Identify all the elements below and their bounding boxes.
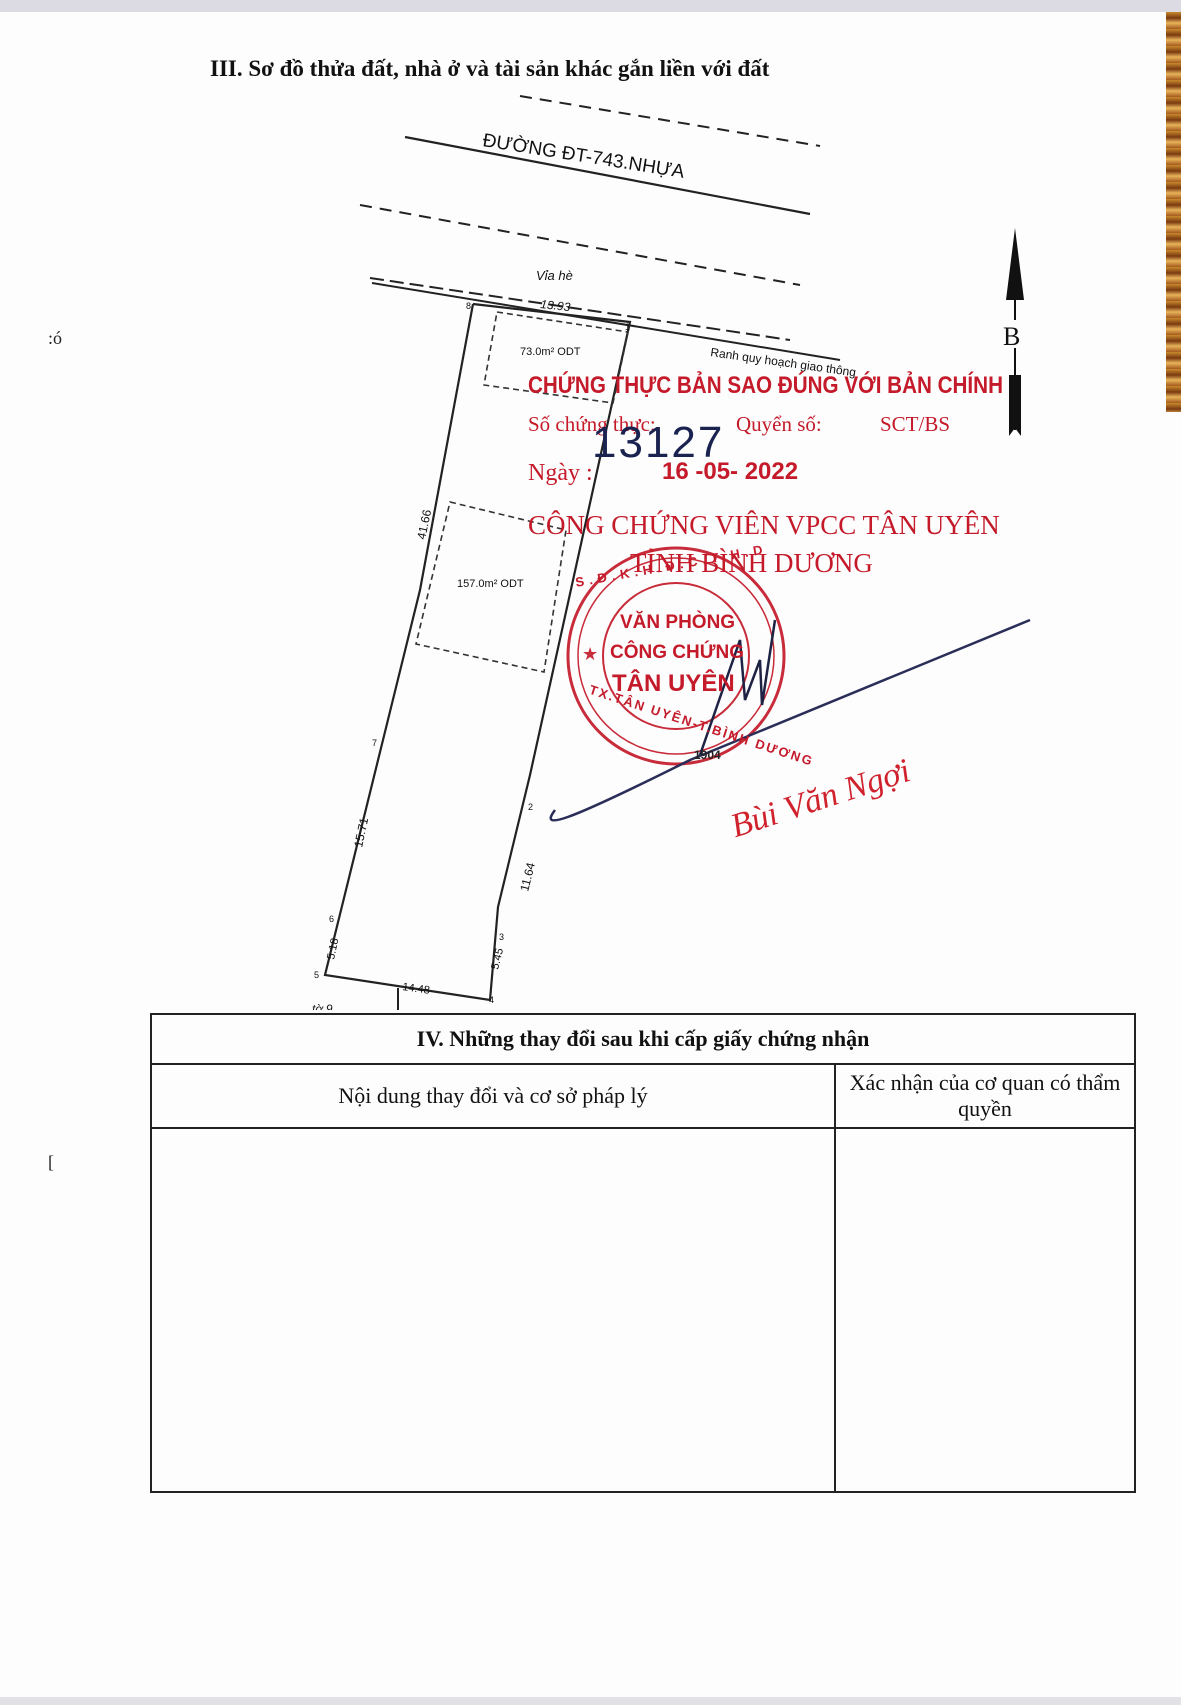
land-parcel-sketch: ĐƯỜNG ĐT-743.NHỰA Vỉa hè 13.93 Ranh quy … [0, 0, 1181, 1010]
stamp-book-label: Quyển số: [736, 412, 822, 437]
sidewalk-label: Vỉa hè [536, 268, 573, 283]
svg-text:8: 8 [466, 301, 471, 311]
svg-text:★: ★ [582, 644, 598, 664]
seal-code: 1904 [694, 748, 721, 762]
stamp-notary-line1: CÔNG CHỨNG VIÊN VPCC TÂN UYÊN [528, 510, 1000, 541]
left-bottom-length: 5.18 [325, 937, 341, 960]
stamp-date-value: 16 -05- 2022 [662, 458, 798, 486]
margin-mark-mid: [ [48, 1152, 54, 1173]
confirmation-cell [835, 1128, 1135, 1492]
stamp-notary-line2: TỈNH BÌNH DƯƠNG [630, 548, 873, 579]
north-arrow-label: B [1003, 322, 1020, 351]
seal-line-1: VĂN PHÒNG [620, 612, 735, 634]
stamp-date-label: Ngày : [528, 460, 593, 487]
svg-text:1: 1 [625, 322, 630, 332]
left-lower-length: 15.71 [351, 816, 371, 849]
area-main-label: 157.0m² ODT [457, 578, 524, 590]
seal-line-2: CÔNG CHỨNG [610, 642, 744, 664]
left-upper-length: 41.66 [414, 508, 434, 541]
column-header-confirmation: Xác nhận của cơ quan có thẩm quyền [835, 1064, 1135, 1128]
bottom-bar [0, 1697, 1181, 1705]
svg-text:6: 6 [329, 914, 334, 924]
svg-text:2: 2 [528, 802, 533, 812]
content-cell [151, 1128, 835, 1492]
section-iv-title: IV. Những thay đổi sau khi cấp giấy chứn… [151, 1014, 1135, 1064]
stamp-heading: CHỨNG THỰC BẢN SAO ĐÚNG VỚI BẢN CHÍNH [528, 372, 1003, 400]
adjacent-parcel-label: tờ 9 [312, 1002, 333, 1010]
svg-text:5: 5 [314, 970, 319, 980]
right-lower-length: 11.64 [517, 861, 538, 893]
bottom-edge-length: 14.48 [402, 981, 431, 997]
stamp-book-suffix: SCT/BS [880, 412, 950, 437]
svg-text:7: 7 [372, 738, 377, 748]
north-arrow-icon: B [1000, 228, 1030, 436]
area-front-label: 73.0m² ODT [520, 346, 581, 358]
table-row [151, 1128, 1135, 1492]
svg-text:3: 3 [499, 932, 504, 942]
svg-text:4: 4 [489, 995, 494, 1005]
column-header-content: Nội dung thay đổi và cơ sở pháp lý [151, 1064, 835, 1128]
changes-table: IV. Những thay đổi sau khi cấp giấy chứn… [150, 1013, 1136, 1493]
right-bottom-length: 5.45 [489, 947, 506, 971]
road-label: ĐƯỜNG ĐT-743.NHỰA [481, 129, 686, 183]
